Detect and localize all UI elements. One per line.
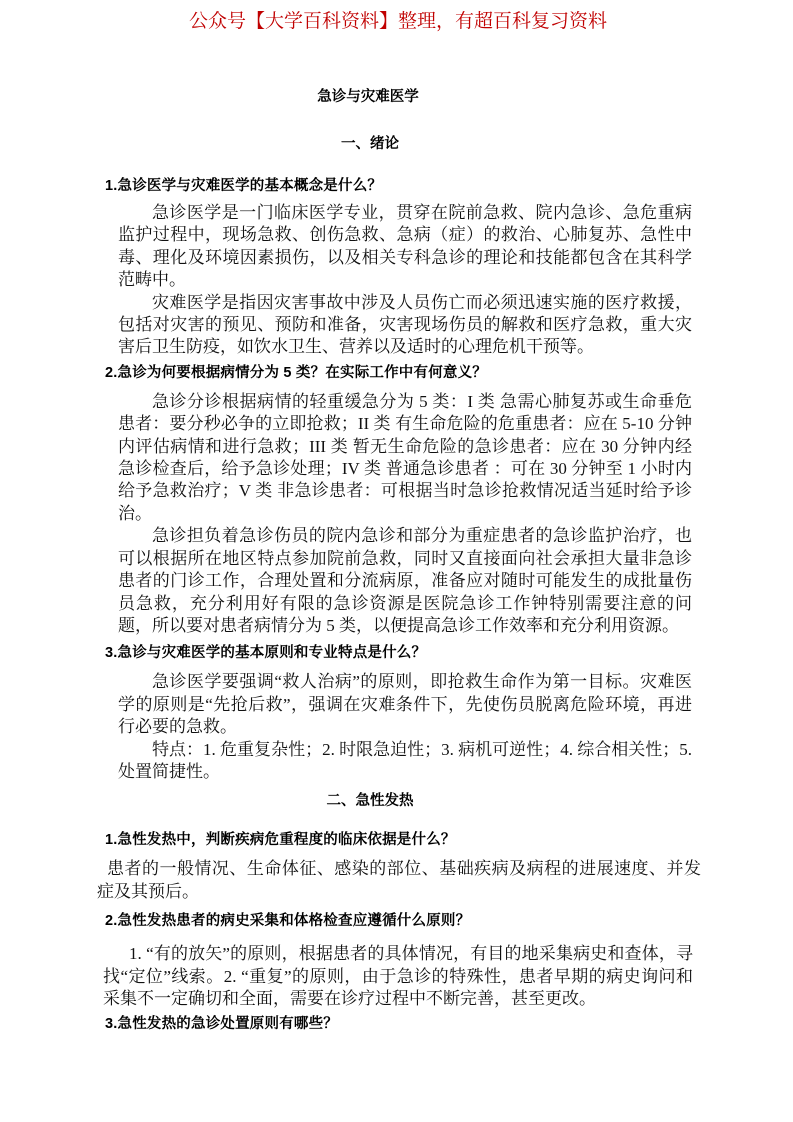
answer-paragraph: 1. “有的放矢”的原则，根据患者的具体情况，有目的地采集病史和查体，寻找“定位…: [103, 943, 693, 1010]
section-heading-fever: 二、急性发热: [75, 791, 665, 811]
promo-header: 公众号【大学百科资料】整理，有超百科复习资料: [103, 9, 693, 35]
answer-paragraph: 患者的一般情况、生命体征、感染的部位、基础疾病及病程的进展速度、并发症及其预后。: [97, 858, 701, 903]
question-heading: 1.急诊医学与灾难医学的基本概念是什么？: [105, 176, 693, 196]
answer-paragraph: 急诊医学是一门临床医学专业，贯穿在院前急救、院内急诊、急危重病监护过程中，现场急…: [118, 202, 692, 292]
answer-paragraph: 急诊医学要强调“救人治病”的原则，即抢救生命作为第一目标。灾难医学的原则是“先抢…: [118, 671, 692, 738]
document-title: 急诊与灾难医学: [73, 87, 663, 107]
question-heading: 3.急性发热的急诊处置原则有哪些？: [105, 1014, 693, 1034]
section-heading-intro: 一、绪论: [75, 134, 665, 154]
question-heading: 2.急诊为何要根据病情分为 5 类？在实际工作中有何意义？: [105, 363, 693, 383]
answer-paragraph: 特点：1. 危重复杂性；2. 时限急迫性；3. 病机可逆性；4. 综合相关性；5…: [118, 739, 692, 784]
question-heading: 2.急性发热患者的病史采集和体格检查应遵循什么原则？: [105, 911, 693, 931]
document-page: 公众号【大学百科资料】整理，有超百科复习资料 急诊与灾难医学 一、绪论 1.急诊…: [0, 0, 793, 1122]
answer-paragraph: 灾难医学是指因灾害事故中涉及人员伤亡而必须迅速实施的医疗救援，包括对灾害的预见、…: [118, 292, 692, 359]
answer-paragraph: 急诊分诊根据病情的轻重缓急分为 5 类：I 类 急需心肺复苏或生命垂危患者：要分…: [118, 391, 692, 525]
question-heading: 3.急诊与灾难医学的基本原则和专业特点是什么？: [105, 643, 693, 663]
answer-paragraph: 急诊担负着急诊伤员的院内急诊和部分为重症患者的急诊监护治疗，也可以根据所在地区特…: [118, 525, 692, 637]
question-heading: 1.急性发热中，判断疾病危重程度的临床依据是什么？: [105, 830, 693, 850]
